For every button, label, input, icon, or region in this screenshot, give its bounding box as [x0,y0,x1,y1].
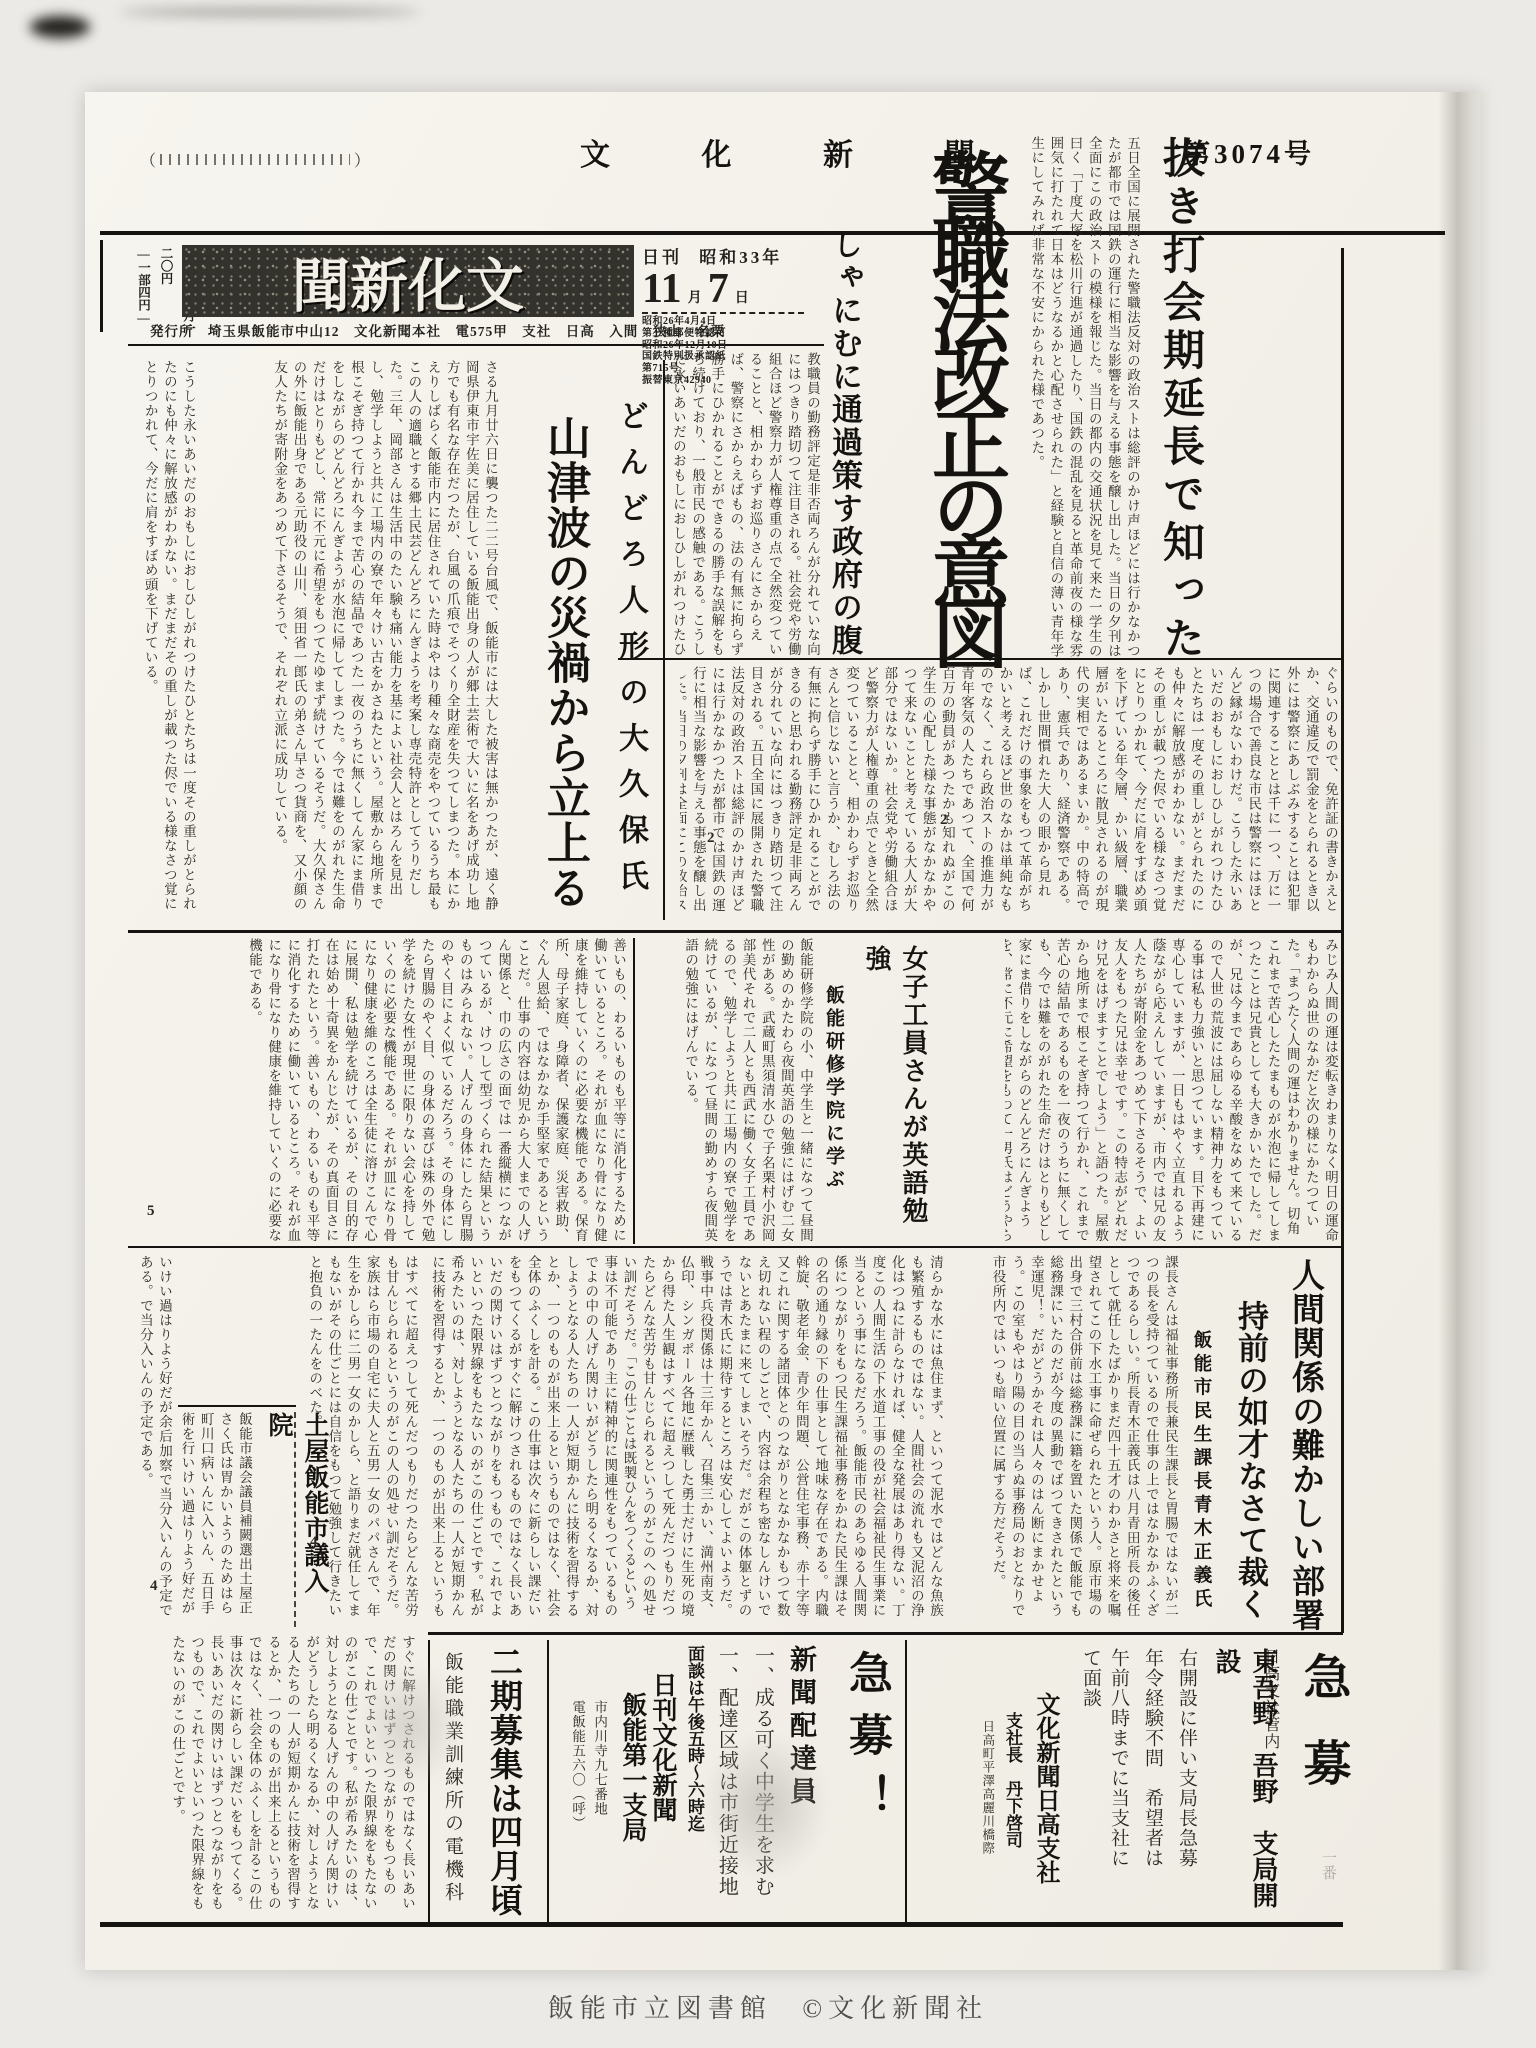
aoki-body-intro: 課長さんは福祉事務所長兼民生課長と胃腸ではないが二つの長を受持つているので仕事の… [955,1255,1180,1625]
left-edge-column: こうした永いあいだのおもしにおしひしがれつけたひとたちは一度その重しがとられたの… [132,360,198,925]
tsunami-continuation: みじみ人間の運は変転きわまりなく明日の運命もわからぬ世のなかだと次の様にかたつて… [1005,938,1340,1244]
month-number: 11 [642,268,682,310]
lead-kicker: 抜き打会期延長で知った [1150,136,1210,676]
pencil-mark: 一番 [1318,1850,1339,1910]
band-rule-3 [128,1246,1343,1248]
middle-left-columns: 善いもの、わるいものも平等に消化するために働いているところ。それが血になり骨にな… [132,938,628,1244]
aoki-subhead: 持前の如才なさて裁く [1228,1300,1273,1634]
segment-marker: 2 [707,830,715,847]
stamp-smudge [700,1730,830,1880]
segment-marker: 4 [150,1578,158,1595]
ad-divider-mid [547,1640,549,1922]
stamp-smudge [355,1660,465,1790]
delivery-ad-line3: 面談は午後五時～六時迄 [682,1645,707,1895]
month-label: 月 [688,287,702,307]
right-page-border [1341,248,1344,1633]
segment-marker: 4 [310,1534,318,1551]
lead-body-top: 五日全国に展開された警職法反対の政治ストは総評のかけ声ほどには行かなかつたが都市… [1022,136,1142,660]
english-headline: 女子工員さんが英語勉強 [858,945,932,1245]
tsuchiya-headline: 土屋飯能市議入院 [260,1412,332,1612]
hidaka-ad-line2: 東吾野 吾野 支局開設 [1208,1648,1282,1930]
delivery-ad-company2: 飯能第一支局 [614,1692,650,1867]
masthead-logo: 聞新化文 [182,245,634,317]
aoki-headline: 人間関係の難かしい部署 [1282,1258,1329,1632]
scan-footer: 飯能市立図書館 ©文化新聞社 [0,1988,1536,2025]
header-ornament-illegible: （ ） [140,146,370,172]
date-line: 日刊 昭和33年 [642,243,820,268]
era-label: 昭和33年 [699,248,782,267]
delivery-ad-phone: 電飯能五六〇（呼） [568,1700,587,1860]
tsuchiya-body: 飯能市議会議員補闕選出土屋正さく氏は胃かいようのためはら町川口病いんに入いん、五… [178,1412,254,1627]
ornament-illegible-marks [160,154,350,165]
hidaka-ad-company: 文化新聞日高支社 [1028,1692,1063,1914]
wavy-underline [642,312,804,314]
hidaka-ad-line6: て面談 [1076,1648,1103,1733]
date-numerals: 11 月 7 日 [642,268,820,310]
left-lower-column: いけい過はりよう好だが余后加察で当分入いんの予定である。で当分入いんの予定である… [132,1255,174,1625]
ad-divider-right [905,1640,907,1922]
scan-smudge [30,16,90,38]
segment-marker: 2 [940,812,948,829]
day-number: 7 [708,268,729,310]
day-label: 日 [735,287,749,307]
lead-body-deck2: ぐらいのもので、免許証の書きかえとか、交通違反で罰金をとられるとき以外には警察に… [680,666,1340,924]
scan-smudge [120,8,420,16]
cert-line: 昭和26年12月10日 [642,340,820,352]
hidaka-ad-line4: 年令経験不問 希望者は [1138,1648,1165,1920]
hidaka-ad-address: 日高町平澤高麗川橋際 [978,1720,996,1900]
library-credit: 飯能市立図書館 [548,1994,772,2023]
training-ad-headline: 二期募集は四月頃 [480,1645,527,1923]
daily-label: 日刊 [642,248,682,267]
hidaka-ad-line3: 右開設に伴い支局長急募 [1172,1648,1199,1920]
publisher-line: 発行所 埼玉県飯能市中山12 文化新聞本社 電575甲 支社 日高 入間 狭山 … [150,320,840,340]
left-corner-tick [100,240,103,332]
lead-body-under-masthead: 教職員の勤務評定是非否両ろんが分れていな向にはつきり踏切つて注目される。社会党や… [672,352,822,658]
column-divider-1 [663,360,665,920]
english-subhead: 飯能研修学院に学ぶ [820,985,847,1205]
tsunami-headline: 山津波の災禍から立上る [532,415,596,915]
tsunami-kicker: どんどろ人形の大久保氏 [608,400,652,922]
copyright-credit: ©文化新聞社 [802,1994,988,2023]
torn-right-edge [1438,92,1494,1970]
lead-headline: 警職法改正の意図 [868,148,1020,668]
column-divider-2 [633,938,635,1244]
english-body: 飯能研修学院の小、中学生と一緒になつて昼間の勤めのかたわら夜間英語の勉強にはげむ… [645,938,815,1244]
hidaka-ad-officer: 支社長 丹下啓司 [1000,1712,1025,1912]
header-rule [100,231,1445,235]
aoki-credit: 飯能市民生課長青木正義氏 [1188,1330,1214,1622]
delivery-ad-address: 市内川寺九七番地 [590,1700,609,1835]
ads-top-rule [428,1632,1343,1635]
delivery-ad-title: 急募！ [834,1650,898,1900]
segment-marker: 5 [147,1203,155,1220]
band-rule-2 [128,930,1343,933]
ornament-paren-open: （ [140,148,156,171]
ornament-paren-close: ） [354,148,370,171]
hidaka-ad-line5: 午前八時までに当支社に [1104,1648,1131,1920]
aoki-body-main: 清らかな水には魚住まず、といつて泥水ではどんな魚族も繁殖するものではない。人間社… [430,1255,945,1625]
hidaka-ad-title: 急募 [1288,1652,1357,1882]
tsunami-body: さる九月廿六日に襲つた二二号台風で、飯能市には大した被害は無かつたが、遠く静岡県… [205,360,500,925]
lead-subhead: しゃにむに通過策す政府の腹 [822,228,867,668]
tsuchiya-top-rule [178,1405,296,1407]
